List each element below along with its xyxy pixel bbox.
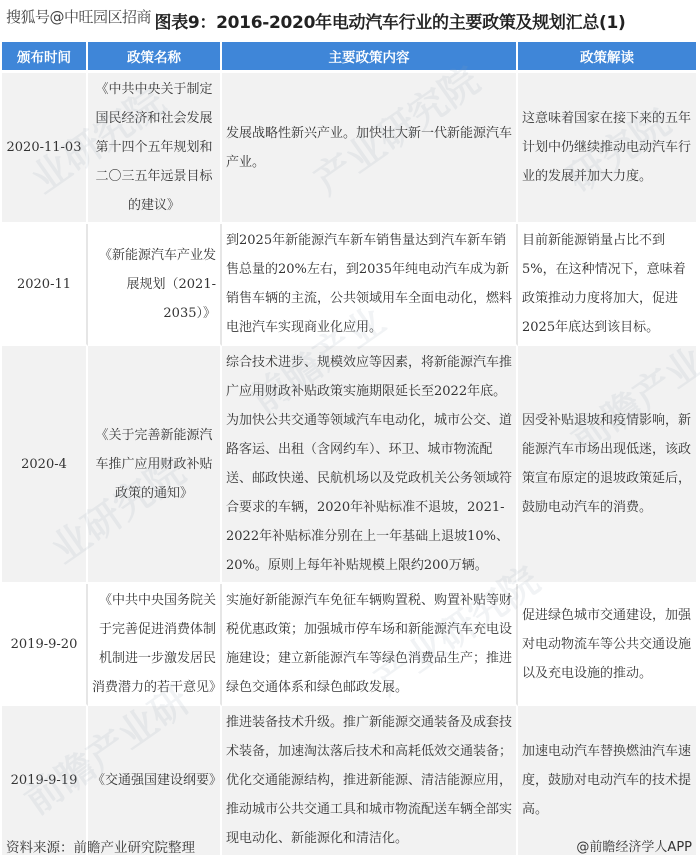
column-header-date: 颁布时间	[2, 42, 88, 73]
table-row: 2019-9-20 《中共中央国务院关于完善促进消费体制机制进一步激发居民消费潜…	[2, 584, 696, 706]
table-header-row: 颁布时间 政策名称 主要政策内容 政策解读	[2, 42, 696, 73]
cell-date: 2020-11-03	[2, 73, 88, 224]
column-header-interpretation: 政策解读	[518, 42, 696, 73]
cell-interpretation: 目前新能源销量占比不到5%，在这种情况下，意味着政策推动力度将加大，促进2025…	[518, 224, 696, 346]
cell-policy-content: 发展战略性新兴产业。加快壮大新一代新能源汽车产业。	[222, 73, 518, 224]
credit-label: @前瞻经济学人APP	[576, 836, 692, 855]
cell-policy-name: 《新能源汽车产业发展规划（2021-2035）》	[88, 224, 222, 346]
cell-interpretation: 促进绿色城市交通建设，加强对电动物流车等公共交通设施以及充电设施的推动。	[518, 584, 696, 706]
column-header-content: 主要政策内容	[222, 42, 518, 73]
table-row: 2020-4 《关于完善新能源汽车推广应用财政补贴政策的通知》 综合技术进步、规…	[2, 346, 696, 584]
cell-date: 2019-9-19	[2, 706, 88, 857]
cell-policy-content: 综合技术进步、规模效应等因素，将新能源汽车推广应用财政补贴政策实施期限延长至20…	[222, 346, 518, 584]
source-watermark: 搜狐号@中旺园区招商	[6, 6, 151, 27]
table-row: 2020-11 《新能源汽车产业发展规划（2021-2035）》 到2025年新…	[2, 224, 696, 346]
source-note: 资料来源：前瞻产业研究院整理	[6, 836, 195, 856]
table-row: 2019-9-19 《交通强国建设纲要》 推进装备技术升级。推广新能源交通装备及…	[2, 706, 696, 857]
cell-date: 2020-4	[2, 346, 88, 584]
cell-policy-content: 推进装备技术升级。推广新能源交通装备及成套技术装备，加速淘汰落后技术和高耗低效交…	[222, 706, 518, 857]
cell-policy-name: 《交通强国建设纲要》	[88, 706, 222, 857]
policy-table: 颁布时间 政策名称 主要政策内容 政策解读 2020-11-03 《中共中央关于…	[2, 42, 696, 857]
cell-interpretation: 因受补贴退坡和疫情影响，新能源汽车市场出现低迷，该政策宣布原定的退坡政策延后，鼓…	[518, 346, 696, 584]
cell-date: 2020-11	[2, 224, 88, 346]
table-row: 2020-11-03 《中共中央关于制定国民经济和社会发展第十四个五年规划和二〇…	[2, 73, 696, 224]
cell-policy-content: 到2025年新能源汽车新车销售量达到汽车新车销售总量的20%左右，到2035年纯…	[222, 224, 518, 346]
cell-interpretation: 这意味着国家在接下来的五年计划中仍继续推动电动汽车行业的发展并加大力度。	[518, 73, 696, 224]
cell-date: 2019-9-20	[2, 584, 88, 706]
cell-policy-name: 《关于完善新能源汽车推广应用财政补贴政策的通知》	[88, 346, 222, 584]
column-header-name: 政策名称	[88, 42, 222, 73]
cell-policy-name: 《中共中央国务院关于完善促进消费体制机制进一步激发居民消费潜力的若干意见》	[88, 584, 222, 706]
cell-policy-content: 实施好新能源汽车免征车辆购置税、购置补贴等财税优惠政策；加强城市停车场和新能源汽…	[222, 584, 518, 706]
cell-interpretation: 加速电动汽车替换燃油汽车速度，鼓励对电动汽车的技术提高。	[518, 706, 696, 857]
cell-policy-name: 《中共中央关于制定国民经济和社会发展第十四个五年规划和二〇三五年远景目标的建议》	[88, 73, 222, 224]
